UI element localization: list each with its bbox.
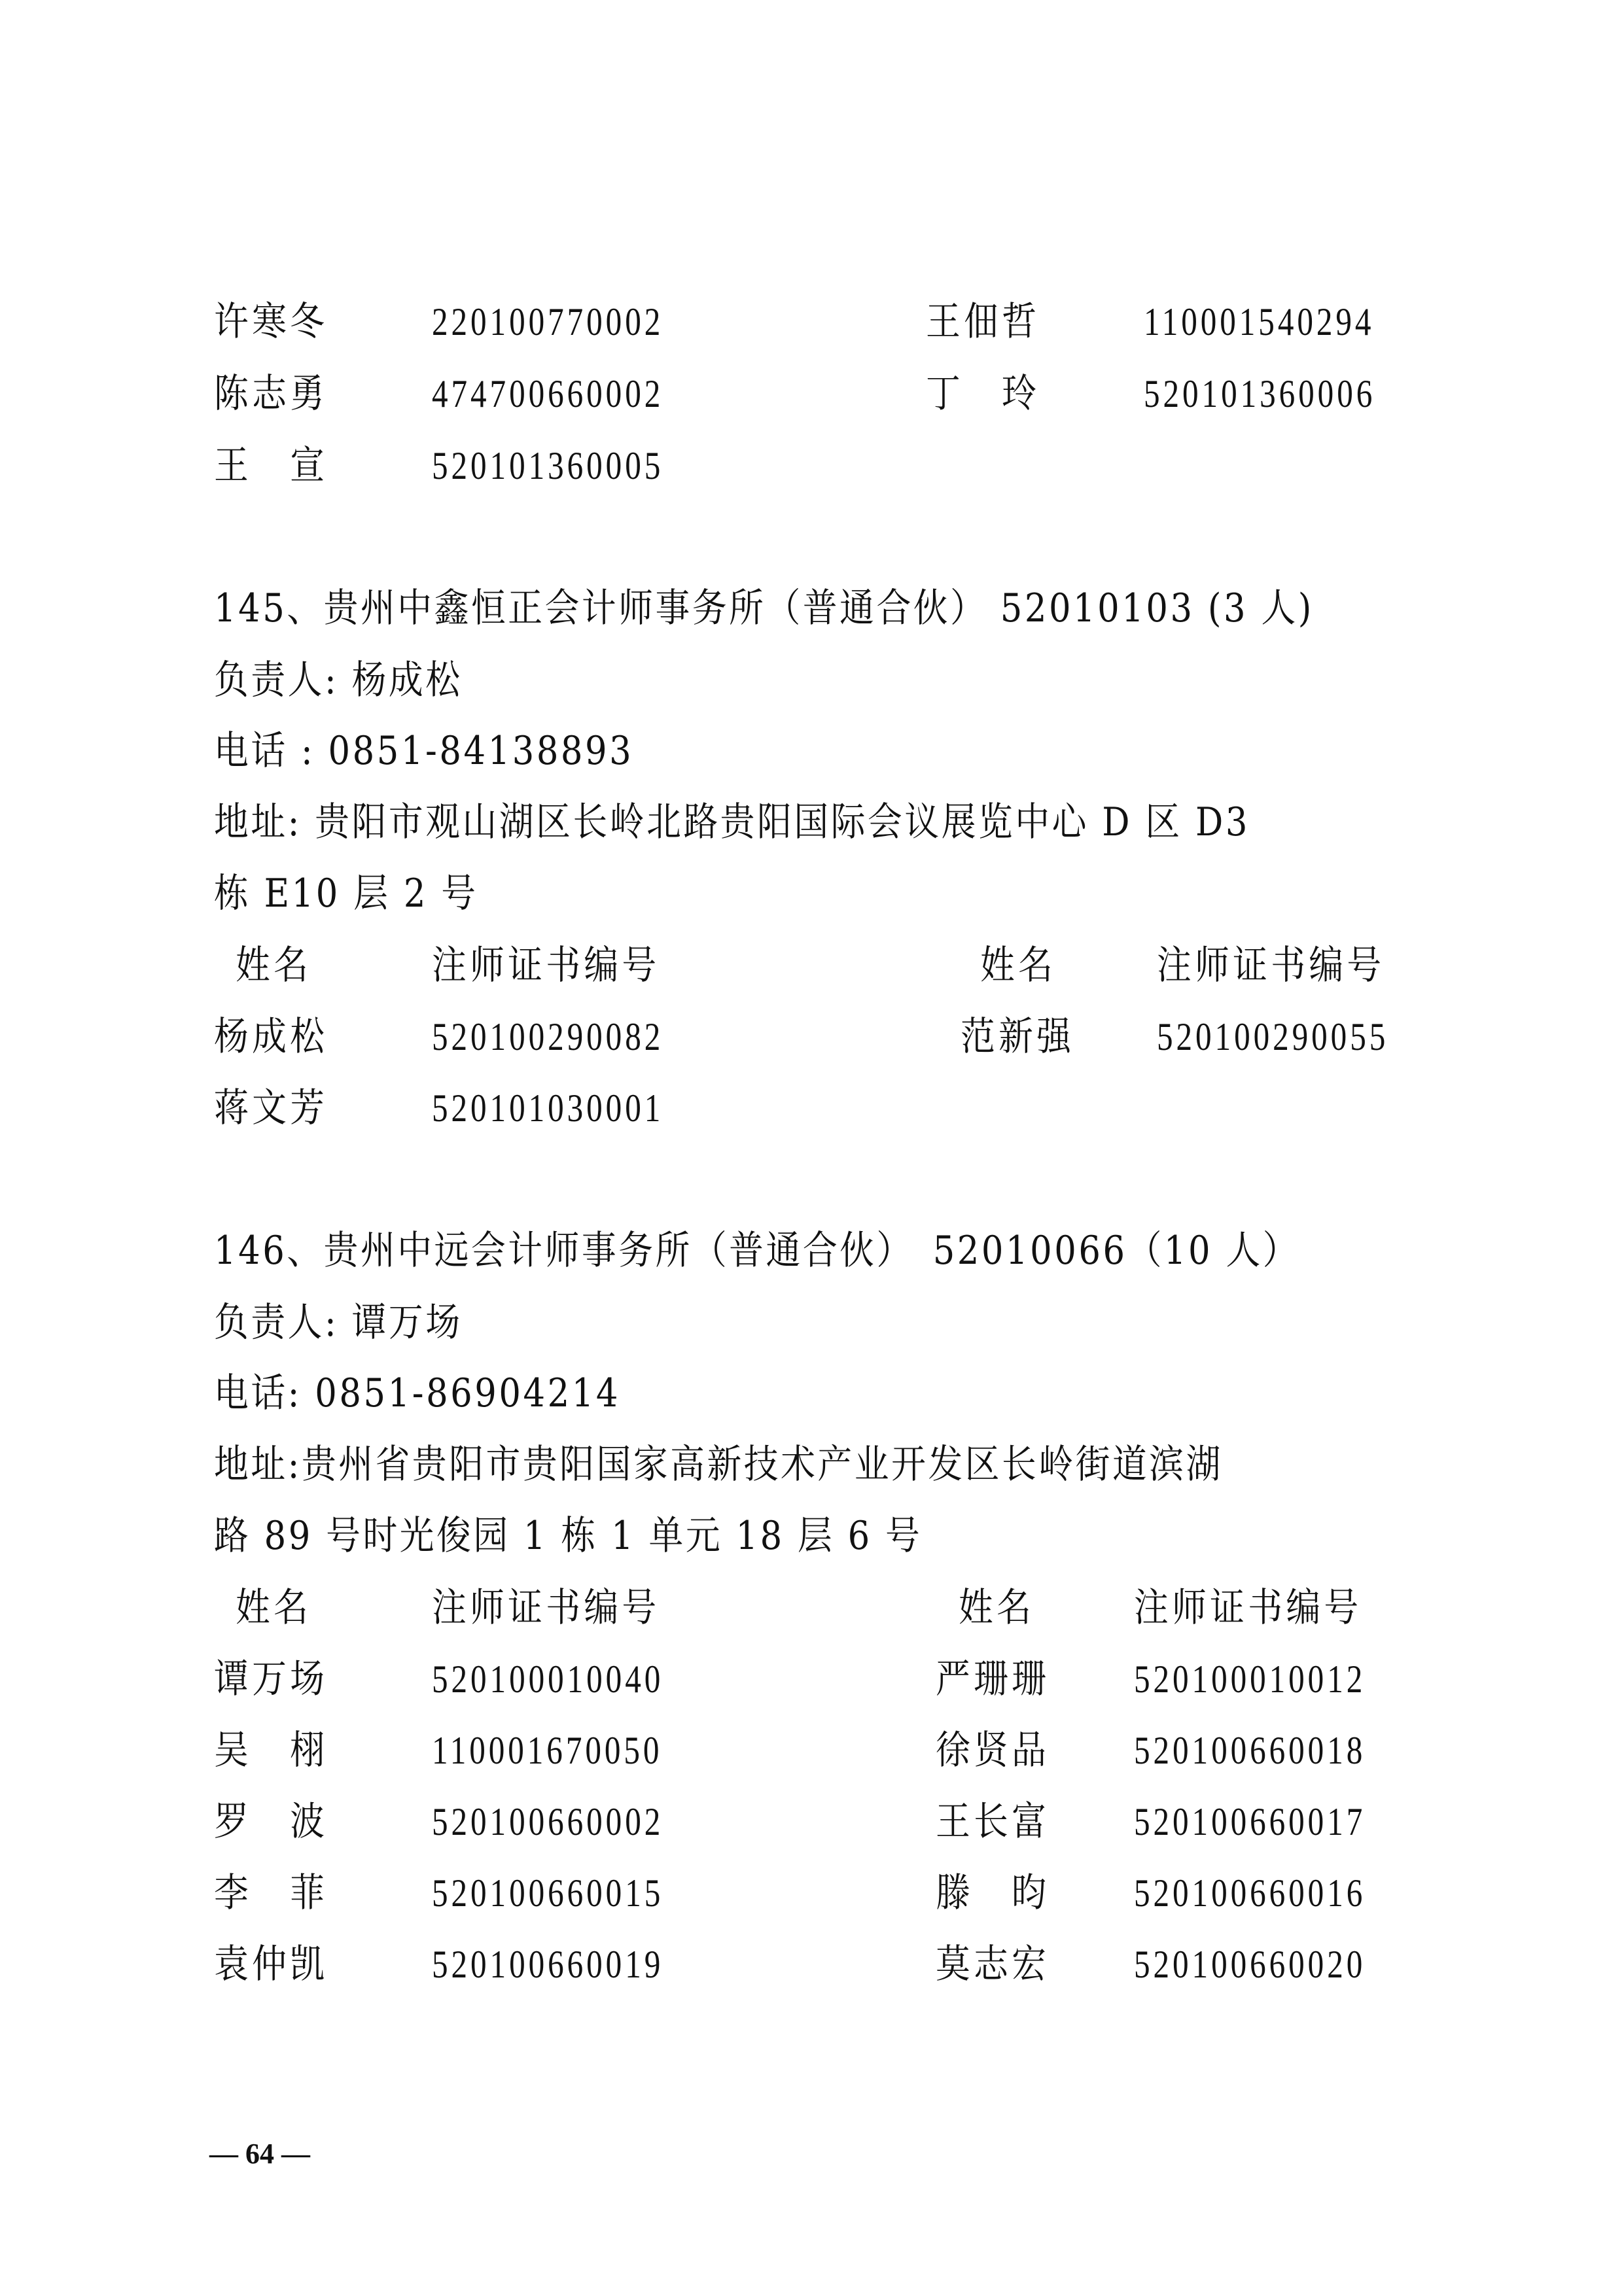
member-name: 徐贤品 xyxy=(936,1724,1050,1777)
member-cert: 520101030001 xyxy=(432,1082,663,1134)
member-cert: 520100290082 xyxy=(432,1011,663,1063)
header-cert: 注师证书编号 xyxy=(1134,1582,1362,1634)
member-cert: 474700660002 xyxy=(432,368,663,420)
member-cert: 520101360006 xyxy=(1144,368,1375,420)
firm-address-line2: 栋 E10 层 2 号 xyxy=(214,867,478,920)
member-cert: 110001540294 xyxy=(1144,296,1374,348)
member-name: 滕 昀 xyxy=(936,1867,1050,1919)
member-cert: 520100660002 xyxy=(432,1796,663,1848)
member-cert: 220100770002 xyxy=(432,296,663,348)
member-name: 许寒冬 xyxy=(214,296,328,348)
header-name: 姓名 xyxy=(980,939,1056,992)
member-name: 王 宣 xyxy=(214,440,328,492)
member-cert: 520100660019 xyxy=(432,1938,663,1991)
member-cert: 520100290055 xyxy=(1157,1011,1388,1063)
member-name: 莫志宏 xyxy=(936,1938,1050,1991)
member-name: 李 菲 xyxy=(214,1867,328,1919)
member-cert: 520100660020 xyxy=(1134,1938,1366,1991)
firm-address-line1: 地址:贵州省贵阳市贵阳国家高新技术产业开发区长岭街道滨湖 xyxy=(214,1438,1223,1491)
member-cert: 520100660015 xyxy=(432,1867,663,1919)
page-number: — 64 — xyxy=(209,2138,310,2170)
header-cert: 注师证书编号 xyxy=(432,1582,660,1634)
member-name: 吴 栩 xyxy=(214,1724,328,1777)
member-cert: 520100010040 xyxy=(432,1653,663,1705)
header-name: 姓名 xyxy=(236,1582,311,1634)
member-name: 严珊珊 xyxy=(936,1653,1050,1705)
member-cert: 520101360005 xyxy=(432,440,663,492)
firm-principal: 负责人: 杨成松 xyxy=(214,654,463,706)
member-name: 王长富 xyxy=(936,1796,1050,1848)
header-cert: 注师证书编号 xyxy=(432,939,660,992)
member-name: 陈志勇 xyxy=(214,368,328,420)
firm-address-line1: 地址: 贵阳市观山湖区长岭北路贵阳国际会议展览中心 D 区 D3 xyxy=(214,796,1250,848)
member-name: 王佃哲 xyxy=(926,296,1040,348)
member-name: 罗 波 xyxy=(214,1796,328,1848)
member-name: 袁仲凯 xyxy=(214,1938,328,1991)
member-cert: 520100660016 xyxy=(1134,1867,1366,1919)
firm-title: 146、贵州中远会计师事务所（普通合伙） 52010066（10 人） xyxy=(214,1225,1299,1277)
member-cert: 520100660018 xyxy=(1134,1724,1366,1777)
firm-principal: 负责人: 谭万场 xyxy=(214,1296,463,1349)
header-cert: 注师证书编号 xyxy=(1157,939,1385,992)
firm-phone: 电话: 0851-86904214 xyxy=(214,1367,620,1419)
header-name: 姓名 xyxy=(236,939,311,992)
firm-phone: 电话 : 0851-84138893 xyxy=(214,725,633,777)
member-cert: 520100010012 xyxy=(1134,1653,1366,1705)
member-name: 蒋文芳 xyxy=(214,1082,328,1134)
member-name: 杨成松 xyxy=(214,1011,328,1063)
member-name: 范新强 xyxy=(961,1011,1074,1063)
member-name: 丁 玲 xyxy=(926,368,1040,420)
member-cert: 520100660017 xyxy=(1134,1796,1366,1848)
firm-address-line2: 路 89 号时光俊园 1 栋 1 单元 18 层 6 号 xyxy=(214,1510,922,1562)
firm-title: 145、贵州中鑫恒正会计师事务所（普通合伙） 52010103 (3 人) xyxy=(214,582,1314,635)
header-name: 姓名 xyxy=(959,1582,1034,1634)
member-name: 谭万场 xyxy=(214,1653,328,1705)
member-cert: 110001670050 xyxy=(432,1724,662,1777)
